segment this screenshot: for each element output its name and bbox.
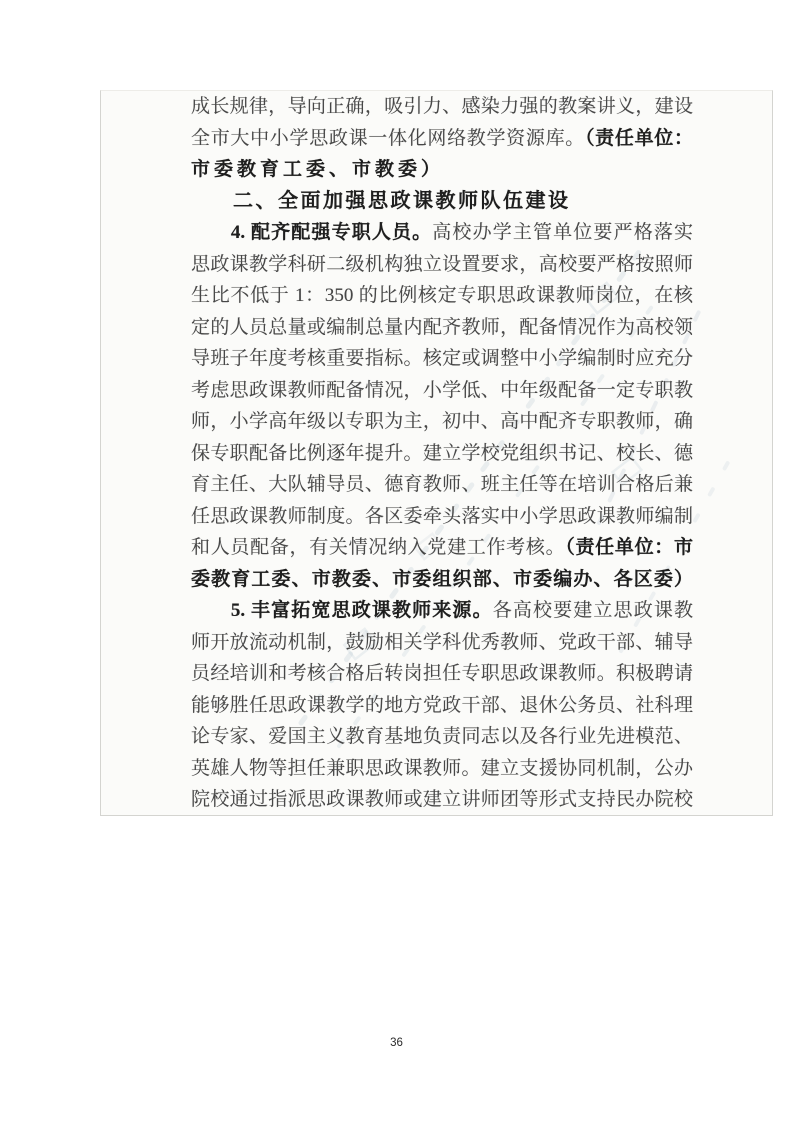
- text-segment: 定的人员总量或编制总量内配齐教师，配备情况作为高校领: [191, 317, 693, 338]
- bold-text-segment: （责任单位：: [585, 128, 693, 149]
- document-page: 成长规律，导向正确，吸引力、感染力强的教案讲义，建设全市大中小学思政课一体化网络…: [0, 0, 793, 1122]
- bold-text-segment: 二、全面加强思政课教师队伍建设: [233, 190, 571, 212]
- text-segment: 思政课教学科研二级机构独立设置要求，高校要严格按照师: [191, 254, 693, 275]
- text-segment: 各高校要建立思政课教: [493, 600, 693, 621]
- text-line: 英雄人物等担任兼职思政课教师。建立支援协同机制，公办: [191, 753, 693, 785]
- text-segment: 导班子年度考核重要指标。核定或调整中小学编制时应充分: [191, 348, 693, 369]
- text-line: 成长规律，导向正确，吸引力、感染力强的教案讲义，建设: [191, 91, 693, 123]
- text-line: 定的人员总量或编制总量内配齐教师，配备情况作为高校领: [191, 312, 693, 344]
- text-line: 和人员配备，有关情况纳入党建工作考核。（责任单位：市: [191, 532, 693, 564]
- text-segment: 考虑思政课教师配备情况，小学低、中年级配备一定专职教: [191, 380, 693, 401]
- text-line: 保专职配备比例逐年提升。建立学校党组织书记、校长、德: [191, 438, 693, 470]
- text-line: 任思政课教师制度。各区委牵头落实中小学思政课教师编制: [191, 501, 693, 533]
- text-line: 员经培训和考核合格后转岗担任专职思政课教师。积极聘请: [191, 658, 693, 690]
- text-line: 全市大中小学思政课一体化网络教学资源库。（责任单位：: [191, 123, 693, 155]
- text-line: 师开放流动机制，鼓励相关学科优秀教师、党政干部、辅导: [191, 627, 693, 659]
- text-segment: 和人员配备，有关情况纳入党建工作考核。: [191, 537, 565, 558]
- bold-text-segment: 4. 配齐配强专职人员。: [231, 222, 432, 243]
- text-segment: 任思政课教师制度。各区委牵头落实中小学思政课教师编制: [191, 506, 693, 527]
- text-segment: 保专职配备比例逐年提升。建立学校党组织书记、校长、德: [191, 443, 693, 464]
- text-line: 市委教育工委、市教委）: [191, 154, 693, 186]
- text-segment: 高校办学主管单位要严格落实: [432, 222, 693, 243]
- text-segment: 院校通过指派思政课教师或建立讲师团等形式支持民办院校: [191, 789, 693, 810]
- text-line: 委教育工委、市教委、市委组织部、市委编办、各区委）: [191, 564, 693, 596]
- text-line: 生比不低于 1：350 的比例核定专职思政课教师岗位，在核: [191, 280, 693, 312]
- bold-text-segment: （责任单位：市: [565, 537, 693, 558]
- text-segment: 英雄人物等担任兼职思政课教师。建立支援协同机制，公办: [191, 758, 693, 779]
- text-line: 论专家、爱国主义教育基地负责同志以及各行业先进模范、: [191, 721, 693, 753]
- text-segment: 师，小学高年级以专职为主，初中、高中配齐专职教师，确: [191, 411, 693, 432]
- text-line: 师，小学高年级以专职为主，初中、高中配齐专职教师，确: [191, 406, 693, 438]
- text-line: 4. 配齐配强专职人员。高校办学主管单位要严格落实: [191, 217, 693, 249]
- document-body: 成长规律，导向正确，吸引力、感染力强的教案讲义，建设全市大中小学思政课一体化网络…: [191, 91, 693, 816]
- text-segment: 能够胜任思政课教学的地方党政干部、退休公务员、社科理: [191, 695, 693, 716]
- text-segment: 育主任、大队辅导员、德育教师、班主任等在培训合格后兼: [191, 474, 693, 495]
- scanned-document-page: 成长规律，导向正确，吸引力、感染力强的教案讲义，建设全市大中小学思政课一体化网络…: [100, 90, 773, 816]
- text-line: 考虑思政课教师配备情况，小学低、中年级配备一定专职教: [191, 375, 693, 407]
- text-line: 思政课教学科研二级机构独立设置要求，高校要严格按照师: [191, 249, 693, 281]
- section-heading: 二、全面加强思政课教师队伍建设: [191, 186, 693, 218]
- text-segment: 员经培训和考核合格后转岗担任专职思政课教师。积极聘请: [191, 663, 693, 684]
- text-segment: 生比不低于 1：350 的比例核定专职思政课教师岗位，在核: [191, 285, 693, 306]
- bold-text-segment: 委教育工委、市教委、市委组织部、市委编办、各区委）: [191, 569, 693, 590]
- bold-text-segment: 市委教育工委、市教委）: [191, 159, 444, 180]
- text-line: 育主任、大队辅导员、德育教师、班主任等在培训合格后兼: [191, 469, 693, 501]
- text-line: 5. 丰富拓宽思政课教师来源。各高校要建立思政课教: [191, 595, 693, 627]
- text-segment: 成长规律，导向正确，吸引力、感染力强的教案讲义，建设: [191, 96, 693, 117]
- text-segment: 论专家、爱国主义教育基地负责同志以及各行业先进模范、: [191, 726, 693, 747]
- text-line: 院校通过指派思政课教师或建立讲师团等形式支持民办院校: [191, 784, 693, 816]
- text-line: 能够胜任思政课教学的地方党政干部、退休公务员、社科理: [191, 690, 693, 722]
- page-number: 36: [0, 1037, 793, 1049]
- text-segment: 全市大中小学思政课一体化网络教学资源库。: [191, 128, 585, 149]
- bold-text-segment: 5. 丰富拓宽思政课教师来源。: [231, 600, 493, 621]
- text-line: 导班子年度考核重要指标。核定或调整中小学编制时应充分: [191, 343, 693, 375]
- text-segment: 师开放流动机制，鼓励相关学科优秀教师、党政干部、辅导: [191, 632, 693, 653]
